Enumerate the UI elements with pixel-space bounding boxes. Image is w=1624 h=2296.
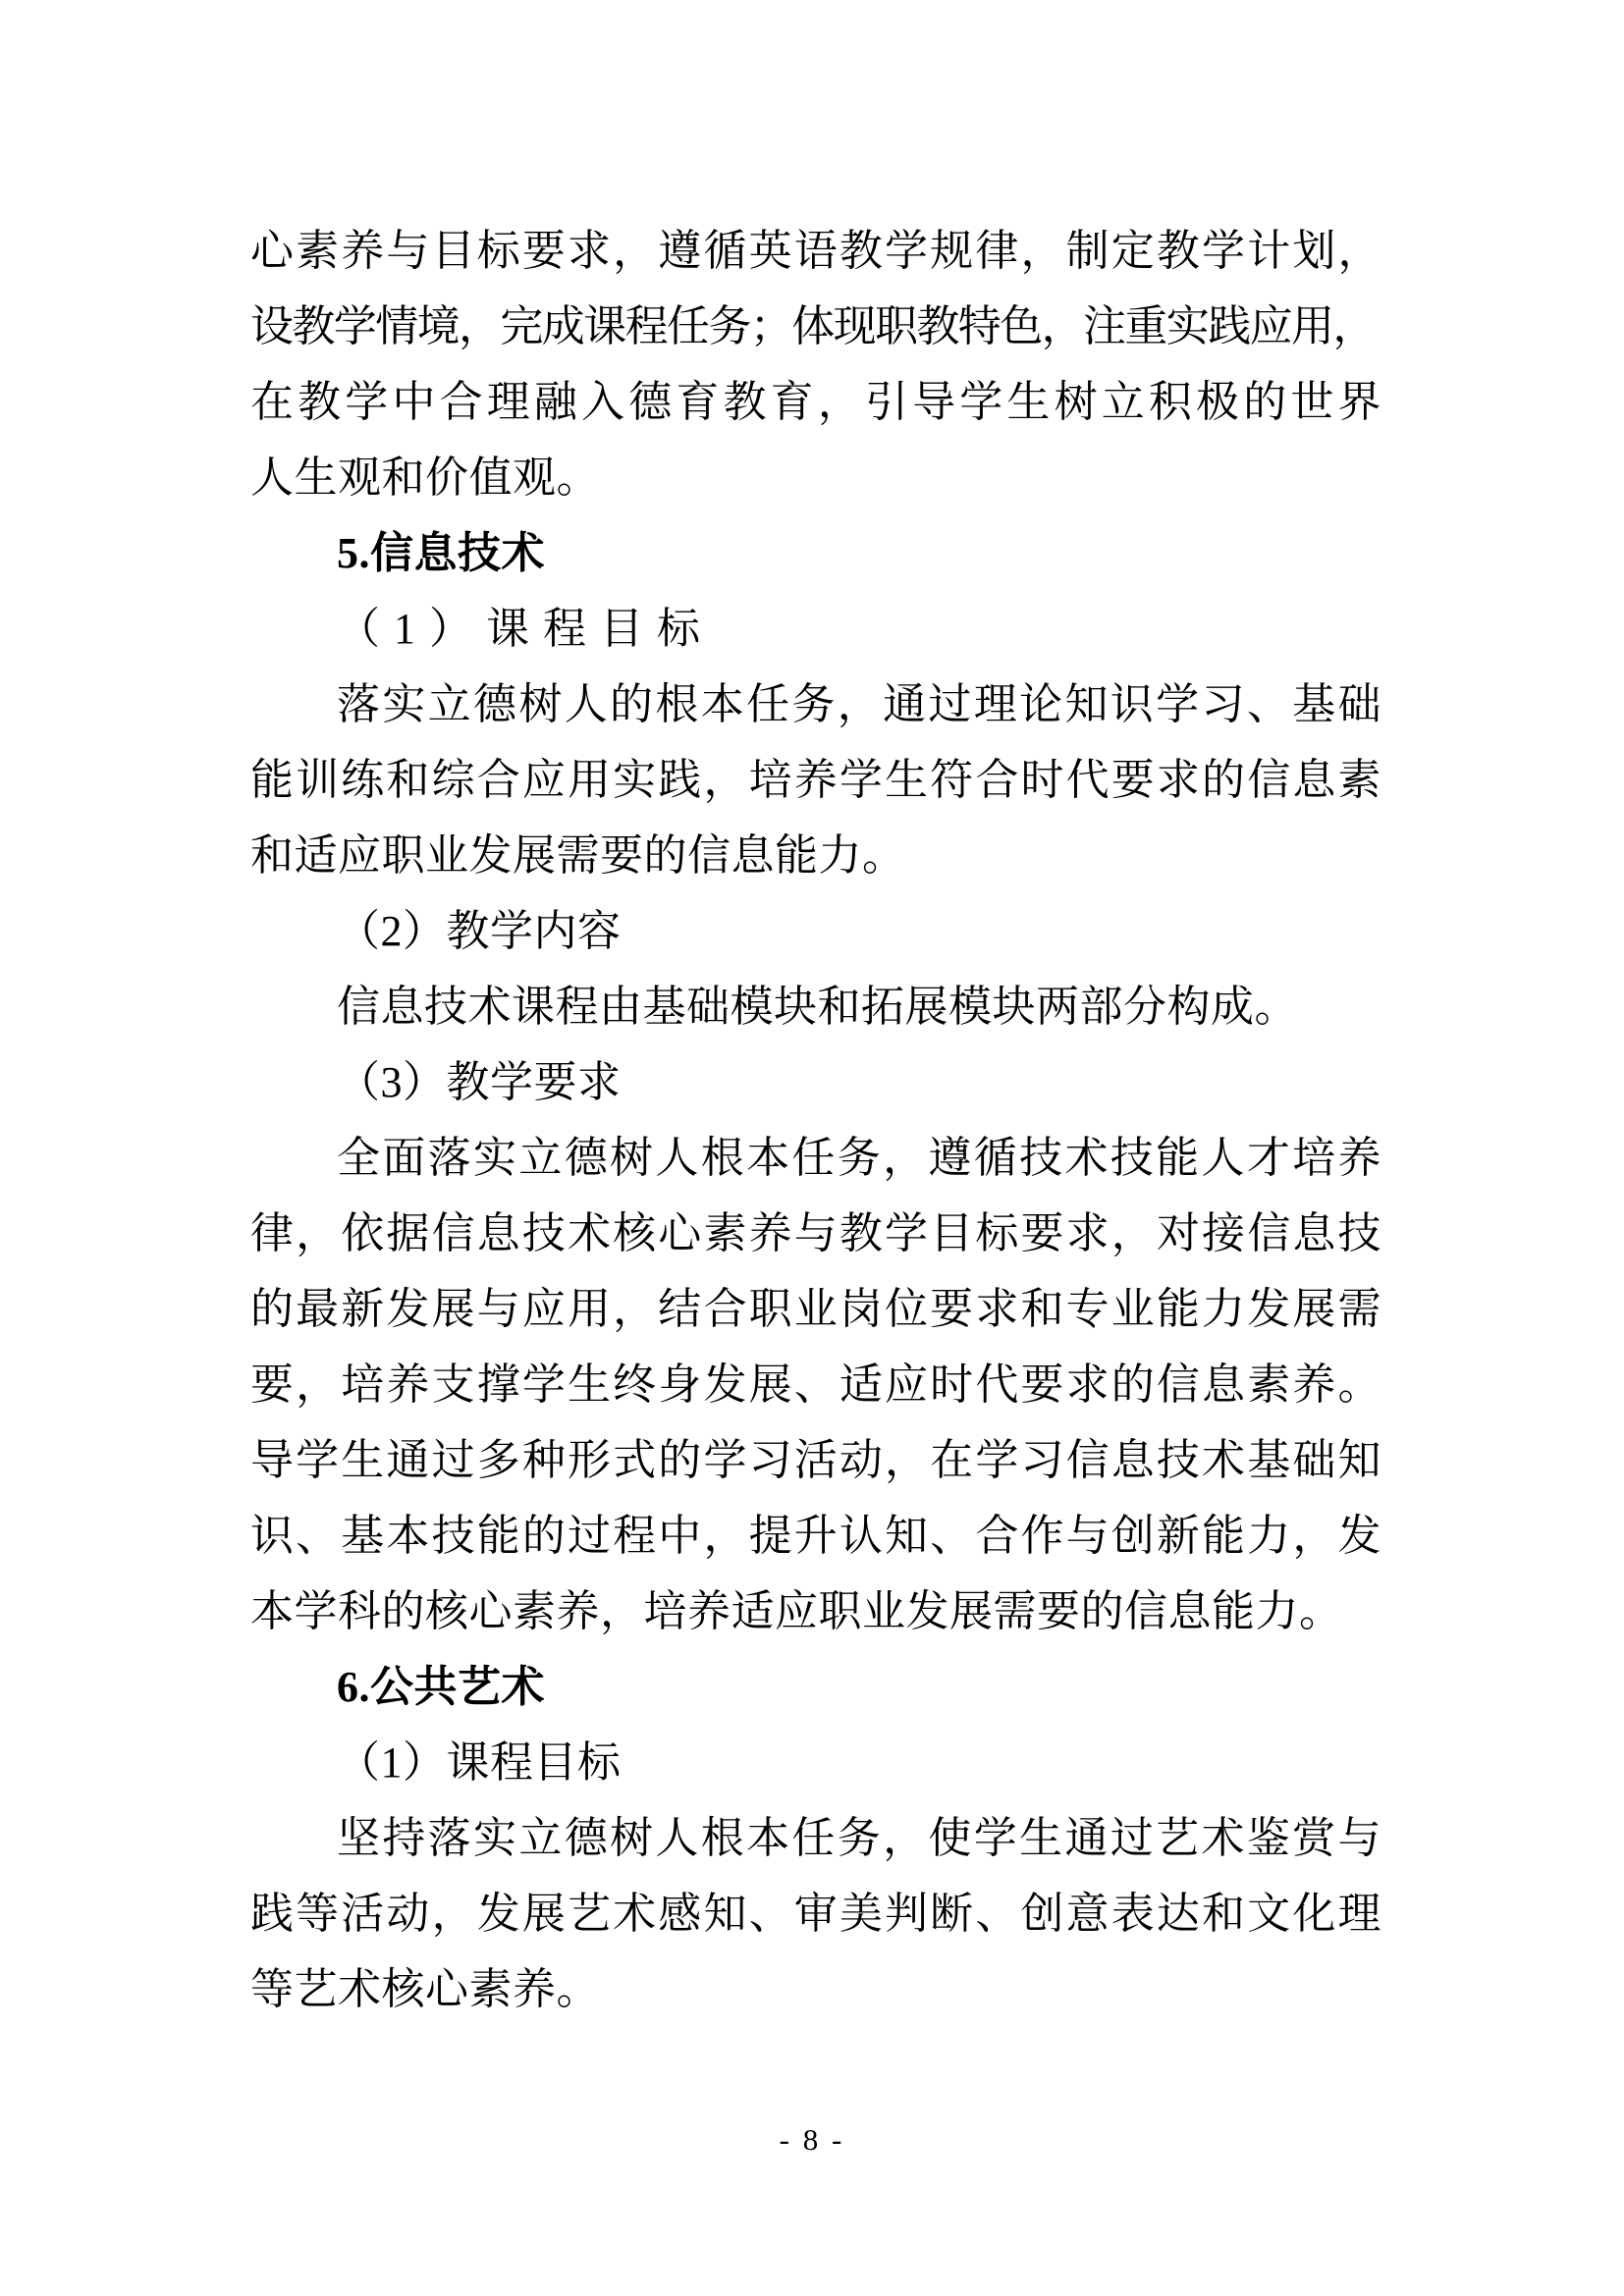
text-line: 在教学中合理融入德育教育，引导学生树立积极的世界观、 — [250, 364, 1381, 440]
text-line: 识、基本技能的过程中，提升认知、合作与创新能力，发展 — [250, 1498, 1381, 1574]
text-line: 践等活动，发展艺术感知、审美判断、创意表达和文化理解 — [250, 1876, 1381, 1951]
text-line: 人生观和价值观。 — [250, 440, 1381, 515]
section-heading: 5.信息技术 — [250, 515, 1381, 591]
text-line: 律，依据信息技术核心素养与教学目标要求，对接信息技术 — [250, 1196, 1381, 1271]
sub-heading: （1）课程目标 — [250, 1725, 1381, 1800]
sub-heading: （1）课程目标 — [250, 591, 1381, 667]
text-line: 心素养与目标要求，遵循英语教学规律，制定教学计划，创 — [250, 213, 1381, 289]
text-line: 设教学情境，完成课程任务；体现职教特色，注重实践应用， — [250, 289, 1381, 364]
page-number: - 8 - — [0, 2118, 1624, 2162]
text-line: 的最新发展与应用，结合职业岗位要求和专业能力发展需 — [250, 1271, 1381, 1347]
text-line: 坚持落实立德树人根本任务，使学生通过艺术鉴赏与实 — [250, 1800, 1381, 1876]
text-line: 全面落实立德树人根本任务，遵循技术技能人才培养规 — [250, 1120, 1381, 1196]
text-line: 和适应职业发展需要的信息能力。 — [250, 818, 1381, 893]
section-heading: 6.公共艺术 — [250, 1649, 1381, 1725]
text-line: 导学生通过多种形式的学习活动，在学习信息技术基础知 — [250, 1422, 1381, 1498]
text-line: 落实立德树人的根本任务，通过理论知识学习、基础技 — [250, 667, 1381, 742]
document-page: 心素养与目标要求，遵循英语教学规律，制定教学计划，创设教学情境，完成课程任务；体… — [0, 0, 1624, 2296]
text-line: 能训练和综合应用实践，培养学生符合时代要求的信息素养 — [250, 742, 1381, 818]
text-line: 本学科的核心素养，培养适应职业发展需要的信息能力。 — [250, 1574, 1381, 1649]
text-line: 等艺术核心素养。 — [250, 1951, 1381, 2027]
sub-heading: （3）教学要求 — [250, 1044, 1381, 1120]
document-text-block: 心素养与目标要求，遵循英语教学规律，制定教学计划，创设教学情境，完成课程任务；体… — [250, 213, 1381, 2027]
sub-heading: （2）教学内容 — [250, 893, 1381, 969]
text-line: 信息技术课程由基础模块和拓展模块两部分构成。 — [250, 969, 1381, 1044]
text-line: 要，培养支撑学生终身发展、适应时代要求的信息素养。引 — [250, 1347, 1381, 1422]
